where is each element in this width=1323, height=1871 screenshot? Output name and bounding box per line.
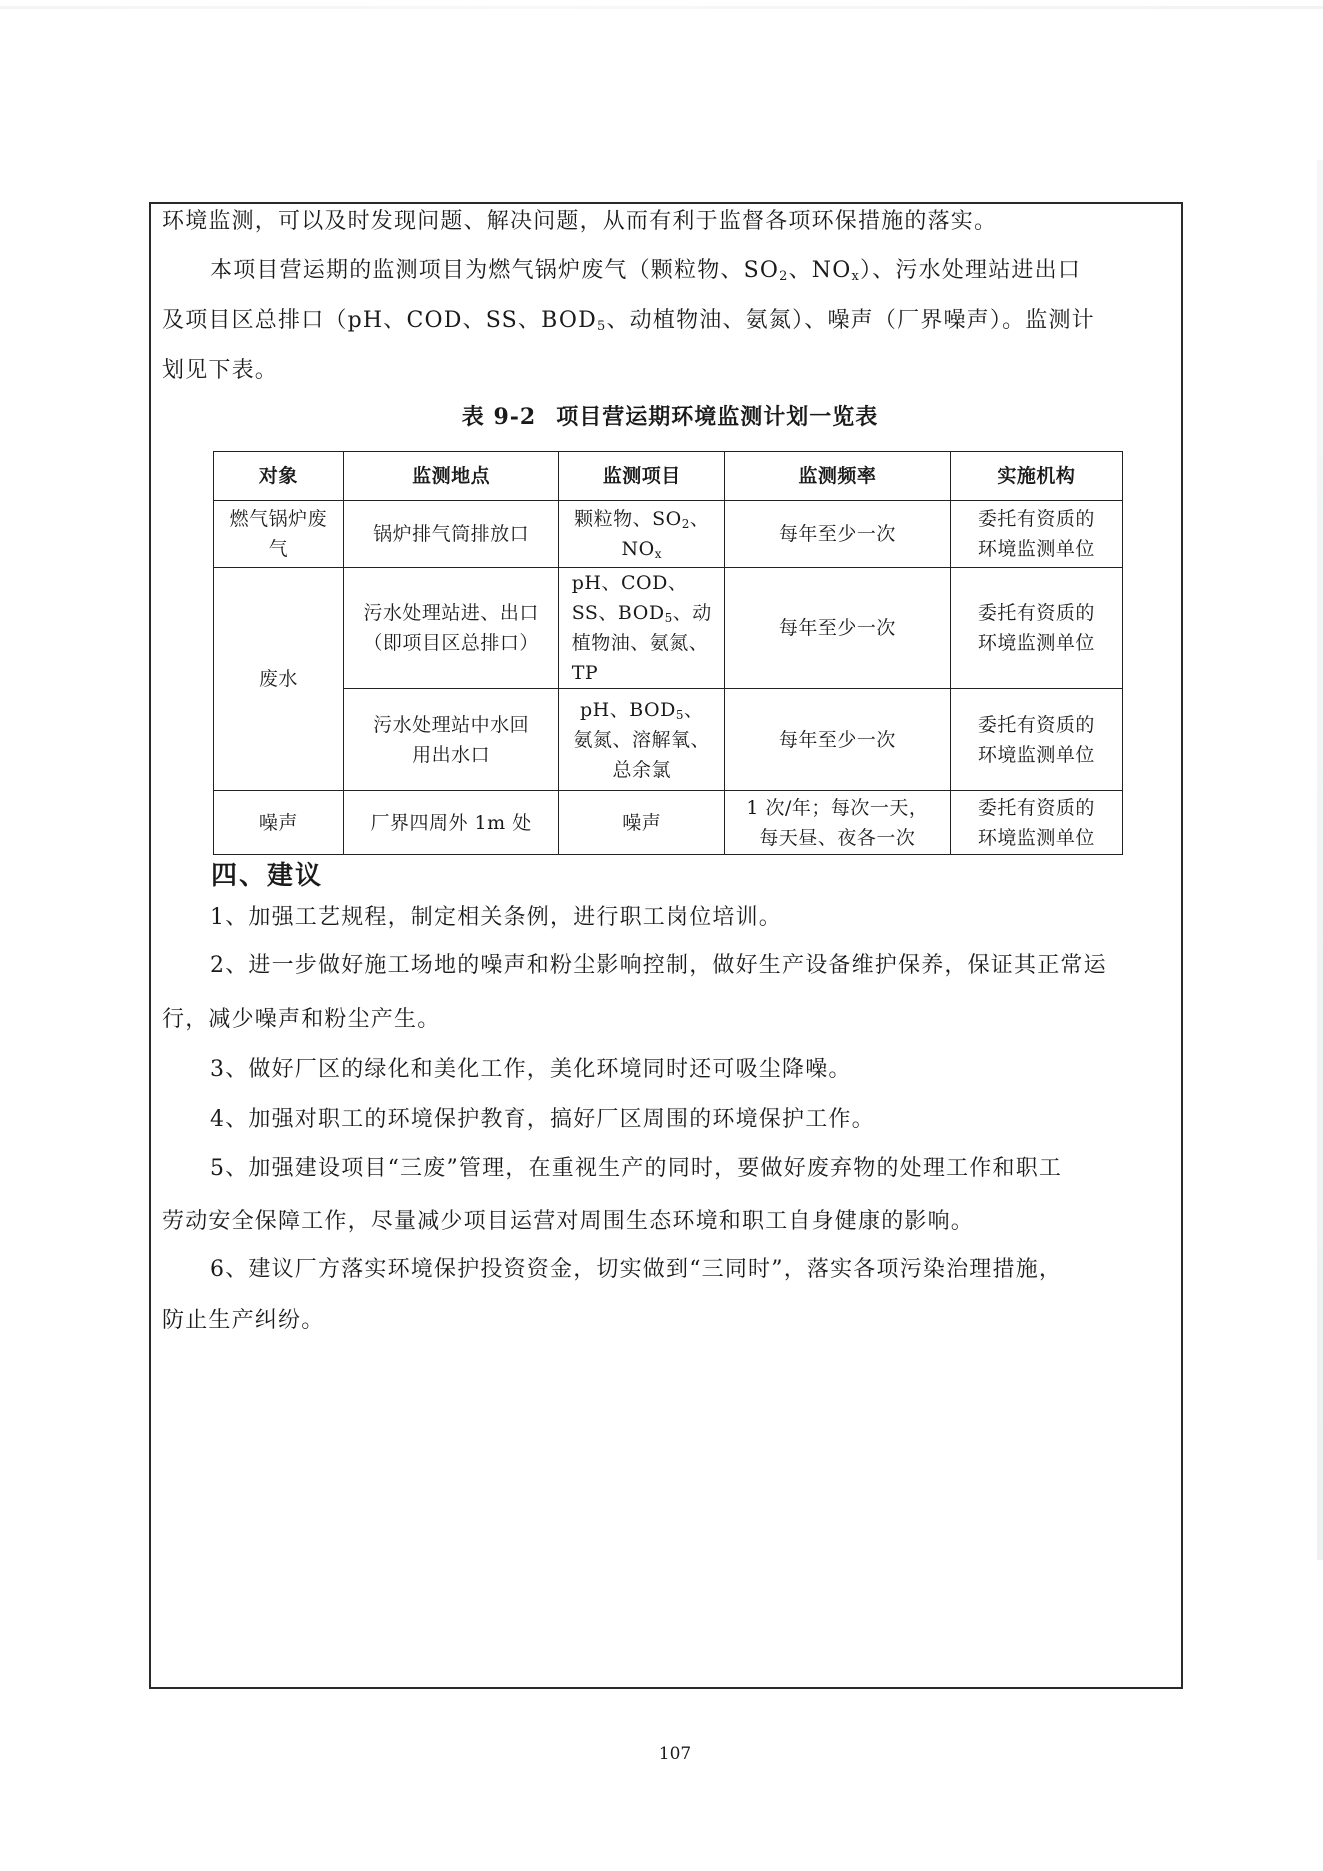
cell-agency: 委托有资质的环境监测单位	[950, 689, 1122, 791]
header-frequency: 监测频率	[725, 452, 951, 501]
header-agency: 实施机构	[950, 452, 1122, 501]
cell-text: 燃气锅炉废气	[228, 504, 328, 564]
table-number: 表 9-2	[462, 404, 536, 430]
table-row: 燃气锅炉废气 锅炉排气筒排放口 颗粒物、SO2、NOx 每年至少一次 委托有资质…	[214, 501, 1123, 568]
cell-text: pH、BOD	[580, 699, 676, 721]
section-heading: 四、建议	[211, 855, 323, 892]
suggestion-item-5-cont: 劳动安全保障工作，尽量减少项目运营对周围生态环境和职工自身健康的影响。	[162, 1197, 1172, 1246]
cell-location: 污水处理站中水回用出水口	[343, 689, 559, 791]
subscript: x	[851, 269, 860, 284]
cell-text: 委托有资质的环境监测单位	[971, 598, 1101, 658]
text: 环境监测，可以及时发现问题、解决问题，从而有利于监督各项环保措施的落实。	[162, 209, 997, 234]
subscript: 5	[665, 611, 673, 625]
subscript: 2	[682, 517, 690, 531]
table-row: 污水处理站中水回用出水口 pH、BOD5、氨氮、溶解氧、总余氯 每年至少一次 委…	[214, 689, 1123, 791]
cell-location: 锅炉排气筒排放口	[343, 501, 559, 568]
suggestion-item-2: 2、进一步做好施工场地的噪声和粉尘影响控制，做好生产设备维护保养，保证其正常运	[162, 941, 1172, 990]
text: 本项目营运期的监测项目为燃气锅炉废气（颗粒物、SO	[210, 258, 779, 283]
cell-text: 委托有资质的环境监测单位	[971, 793, 1101, 853]
cell-frequency: 1 次/年；每次一天，每天昼、夜各一次	[725, 791, 951, 855]
cell-agency: 委托有资质的环境监测单位	[950, 791, 1122, 855]
cell-location: 污水处理站进、出口（即项目区总排口）	[343, 568, 559, 689]
scan-artifact-top	[0, 6, 1323, 9]
cell-text: 1 次/年；每次一天，每天昼、夜各一次	[737, 793, 937, 853]
cell-frequency: 每年至少一次	[725, 568, 951, 689]
cell-object: 废水	[214, 568, 344, 791]
cell-frequency: 每年至少一次	[725, 689, 951, 791]
suggestion-item-4: 4、加强对职工的环境保护教育，搞好厂区周围的环境保护工作。	[162, 1095, 1172, 1144]
suggestion-item-3: 3、做好厂区的绿化和美化工作，美化环境同时还可吸尘降噪。	[162, 1045, 1172, 1094]
suggestion-item-2-cont: 行，减少噪声和粉尘产生。	[162, 995, 1172, 1044]
suggestion-item-6: 6、建议厂方落实环境保护投资资金，切实做到“三同时”，落实各项污染治理措施，	[162, 1245, 1172, 1294]
text: ）、污水处理站进出口	[860, 258, 1081, 283]
header-location: 监测地点	[343, 452, 559, 501]
suggestion-item-6-cont: 防止生产纠纷。	[162, 1296, 1172, 1345]
table-caption: 表 9-2项目营运期环境监测计划一览表	[440, 400, 900, 431]
paragraph-line: 及项目区总排口（pH、COD、SS、BOD5、动植物油、氨氮）、噪声（厂界噪声）…	[162, 296, 1172, 345]
cell-frequency: 每年至少一次	[725, 501, 951, 568]
monitoring-plan-table: 对象 监测地点 监测项目 监测频率 实施机构 燃气锅炉废气 锅炉排气筒排放口 颗…	[213, 451, 1123, 855]
cell-items: 噪声	[559, 791, 725, 855]
table-row: 废水 污水处理站进、出口（即项目区总排口） pH、COD、SS、BOD5、动植物…	[214, 568, 1123, 689]
scan-artifact-right	[1317, 160, 1323, 1560]
cell-object: 燃气锅炉废气	[214, 501, 344, 568]
header-items: 监测项目	[559, 452, 725, 501]
paragraph-line: 划见下表。	[162, 346, 1172, 395]
header-object: 对象	[214, 452, 344, 501]
paragraph-line: 环境监测，可以及时发现问题、解决问题，从而有利于监督各项环保措施的落实。	[162, 197, 1172, 246]
cell-text: 委托有资质的环境监测单位	[971, 504, 1101, 564]
cell-agency: 委托有资质的环境监测单位	[950, 568, 1122, 689]
cell-items: pH、COD、SS、BOD5、动植物油、氨氮、TP	[559, 568, 725, 689]
subscript: 2	[779, 269, 788, 284]
subscript: 5	[676, 708, 684, 722]
table-header-row: 对象 监测地点 监测项目 监测频率 实施机构	[214, 452, 1123, 501]
suggestion-item-1: 1、加强工艺规程，制定相关条例，进行职工岗位培训。	[162, 893, 1172, 942]
cell-items: pH、BOD5、氨氮、溶解氧、总余氯	[559, 689, 725, 791]
cell-text: 委托有资质的环境监测单位	[971, 710, 1101, 770]
cell-text: 颗粒物、SO	[574, 508, 682, 530]
text: 、动植物油、氨氮）、噪声（厂界噪声）。监测计	[606, 308, 1094, 333]
cell-items: 颗粒物、SO2、NOx	[559, 501, 725, 568]
text: 及项目区总排口（pH、COD、SS、BOD	[162, 308, 597, 333]
text: 划见下表。	[162, 358, 278, 383]
cell-object: 噪声	[214, 791, 344, 855]
page-number: 107	[655, 1744, 695, 1764]
paragraph-line: 本项目营运期的监测项目为燃气锅炉废气（颗粒物、SO2、NOx）、污水处理站进出口	[162, 246, 1172, 295]
text: 、NO	[789, 258, 852, 283]
suggestion-item-5: 5、加强建设项目“三废”管理，在重视生产的同时，要做好废弃物的处理工作和职工	[162, 1144, 1172, 1193]
subscript: x	[655, 547, 662, 561]
table-title: 项目营运期环境监测计划一览表	[556, 404, 878, 430]
cell-text: 污水处理站进、出口（即项目区总排口）	[356, 598, 546, 658]
table-row: 噪声 厂界四周外 1m 处 噪声 1 次/年；每次一天，每天昼、夜各一次 委托有…	[214, 791, 1123, 855]
cell-text: 污水处理站中水回用出水口	[366, 710, 536, 770]
cell-agency: 委托有资质的环境监测单位	[950, 501, 1122, 568]
cell-location: 厂界四周外 1m 处	[343, 791, 559, 855]
